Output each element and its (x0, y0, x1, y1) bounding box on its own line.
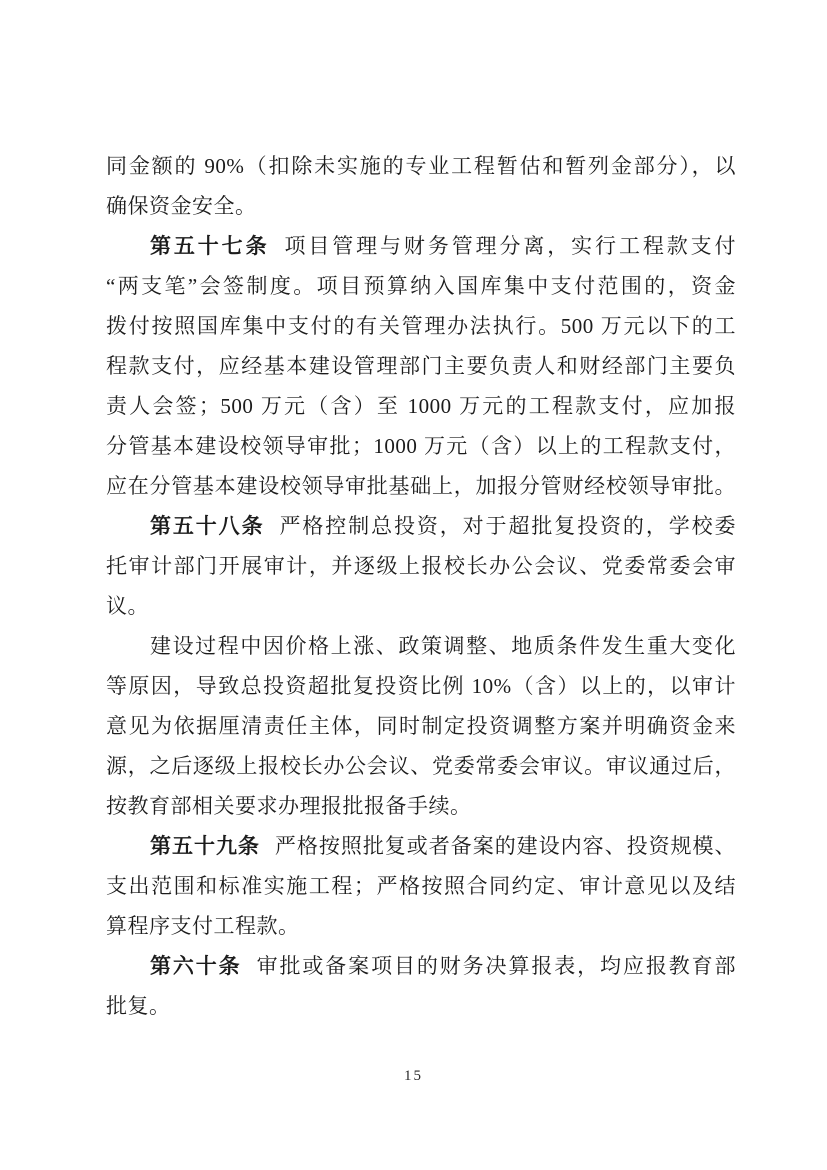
article-number: 第五十八条 (150, 515, 264, 538)
text-segment: 严格按照批复或者备案的建设内容、投资规模、 (275, 834, 736, 858)
text-line: 议。 (106, 586, 736, 626)
text-segment: 程款支付，应经基本建设管理部门主要负责人和财经部门主要负 (106, 354, 736, 378)
text-line: 意见为依据厘清责任主体，同时制定投资调整方案并明确资金来 (106, 706, 736, 746)
text-line: 分管基本建设校领导审批；1000 万元（含）以上的工程款支付， (106, 426, 736, 466)
text-line: 建设过程中因价格上涨、政策调整、地质条件发生重大变化 (106, 626, 736, 666)
text-segment: 托审计部门开展审计，并逐级上报校长办公会议、党委常委会审 (106, 554, 736, 578)
text-segment: 意见为依据厘清责任主体，同时制定投资调整方案并明确资金来 (106, 714, 736, 738)
text-line: 托审计部门开展审计，并逐级上报校长办公会议、党委常委会审 (106, 546, 736, 586)
text-line: 批复。 (106, 986, 736, 1026)
text-segment: 议。 (106, 594, 149, 618)
text-segment: 按教育部相关要求办理报批报备手续。 (106, 794, 472, 818)
text-segment: 支出范围和标准实施工程；严格按照合同约定、审计意见以及结 (106, 874, 736, 898)
text-line: 支出范围和标准实施工程；严格按照合同约定、审计意见以及结 (106, 866, 736, 906)
text-line: 按教育部相关要求办理报批报备手续。 (106, 786, 736, 826)
text-line: 第五十七条项目管理与财务管理分离，实行工程款支付 (106, 226, 736, 266)
text-segment: 确保资金安全。 (106, 194, 257, 218)
text-segment: 等原因，导致总投资超批复投资比例 10%（含）以上的，以审计 (106, 674, 736, 698)
text-line: 责人会签；500 万元（含）至 1000 万元的工程款支付，应加报 (106, 386, 736, 426)
article-number: 第六十条 (150, 955, 242, 978)
document-page: 同金额的 90%（扣除未实施的专业工程暂估和暂列金部分），以确保资金安全。第五十… (0, 0, 827, 1170)
text-segment: “两支笔”会签制度。项目预算纳入国库集中支付范围的，资金 (106, 274, 736, 298)
text-line: 第五十八条严格控制总投资，对于超批复投资的，学校委 (106, 506, 736, 546)
text-line: 算程序支付工程款。 (106, 906, 736, 946)
article-number: 第五十九条 (150, 835, 260, 858)
text-segment: 严格控制总投资，对于超批复投资的，学校委 (279, 514, 736, 538)
text-line: 等原因，导致总投资超批复投资比例 10%（含）以上的，以审计 (106, 666, 736, 706)
text-segment: 批复。 (106, 994, 171, 1018)
text-segment: 拨付按照国库集中支付的有关管理办法执行。500 万元以下的工 (106, 314, 736, 338)
article-number: 第五十七条 (150, 235, 269, 258)
text-segment: 项目管理与财务管理分离，实行工程款支付 (284, 234, 736, 258)
text-segment: 应在分管基本建设校领导审批基础上，加报分管财经校领导审批。 (106, 474, 736, 498)
text-segment: 责人会签；500 万元（含）至 1000 万元的工程款支付，应加报 (106, 394, 736, 418)
text-line: 同金额的 90%（扣除未实施的专业工程暂估和暂列金部分），以 (106, 146, 736, 186)
text-line: 源，之后逐级上报校长办公会议、党委常委会审议。审议通过后， (106, 746, 736, 786)
page-number: 15 (0, 1068, 827, 1085)
text-line: 第六十条审批或备案项目的财务决算报表，均应报教育部 (106, 946, 736, 986)
text-line: 拨付按照国库集中支付的有关管理办法执行。500 万元以下的工 (106, 306, 736, 346)
text-segment: 算程序支付工程款。 (106, 914, 300, 938)
text-segment: 同金额的 90%（扣除未实施的专业工程暂估和暂列金部分），以 (106, 154, 736, 178)
text-segment: 建设过程中因价格上涨、政策调整、地质条件发生重大变化 (150, 634, 736, 658)
text-line: 应在分管基本建设校领导审批基础上，加报分管财经校领导审批。 (106, 466, 736, 506)
text-line: 确保资金安全。 (106, 186, 736, 226)
document-text: 同金额的 90%（扣除未实施的专业工程暂估和暂列金部分），以确保资金安全。第五十… (106, 146, 736, 1026)
text-line: 程款支付，应经基本建设管理部门主要负责人和财经部门主要负 (106, 346, 736, 386)
text-line: “两支笔”会签制度。项目预算纳入国库集中支付范围的，资金 (106, 266, 736, 306)
text-segment: 审批或备案项目的财务决算报表，均应报教育部 (257, 954, 736, 978)
text-segment: 源，之后逐级上报校长办公会议、党委常委会审议。审议通过后， (106, 754, 736, 778)
text-line: 第五十九条严格按照批复或者备案的建设内容、投资规模、 (106, 826, 736, 866)
text-segment: 分管基本建设校领导审批；1000 万元（含）以上的工程款支付， (106, 434, 736, 458)
